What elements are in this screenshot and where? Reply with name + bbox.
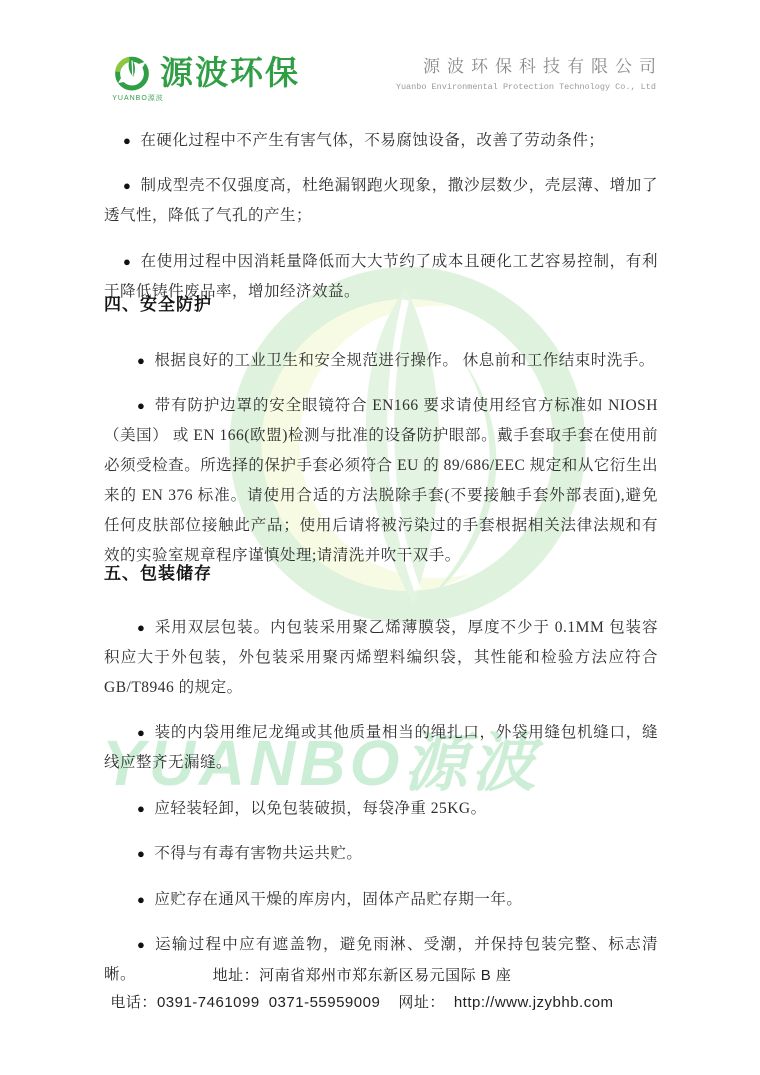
list-item-text: 应轻装轻卸，以免包装破损，每袋净重 25KG。: [154, 800, 486, 817]
list-item: ●应轻装轻卸，以免包装破损，每袋净重 25KG。: [104, 794, 658, 824]
company-name-cn: 源波环保科技有限公司: [396, 52, 663, 77]
list-item-text: 采用双层包装。内包装采用聚乙烯薄膜袋，厚度不少于 0.1MM 包装容积应大于外包…: [104, 619, 658, 696]
list-item: ●装的内袋用维尼龙绳或其他质量相当的绳扎口，外袋用缝包机缝口，缝线应整齐无漏缝。: [104, 718, 658, 778]
list-item: ●采用双层包装。内包装采用聚乙烯薄膜袋，厚度不少于 0.1MM 包装容积应大于外…: [104, 613, 658, 703]
list-item: ●制成型壳不仅强度高，杜绝漏钢跑火现象，撒沙层数少，壳层薄、增加了透气性，降低了…: [104, 171, 658, 231]
list-item: ●在硬化过程中不产生有害气体，不易腐蚀设备，改善了劳动条件；: [104, 126, 658, 156]
list-item-text: 装的内袋用维尼龙绳或其他质量相当的绳扎口，外袋用缝包机缝口，缝线应整齐无漏缝。: [104, 724, 658, 771]
list-item: ●根据良好的工业卫生和安全规范进行操作。 休息前和工作结束时洗手。: [104, 346, 658, 376]
list-item: ●带有防护边罩的安全眼镜符合 EN166 要求请使用经官方标准如 NIOSH（美…: [104, 391, 658, 571]
address-label: 地址：: [213, 967, 260, 984]
header-logo: 源波环保 YUANBO源波: [112, 53, 300, 103]
bullet-icon: ●: [123, 133, 131, 148]
section-title-safety: 四、安全防护: [104, 290, 212, 315]
bullet-icon: ●: [137, 892, 145, 907]
company-name-en: Yuanbo Environmental Protection Technolo…: [396, 82, 656, 92]
list-item-text: 根据良好的工业卫生和安全规范进行操作。 休息前和工作结束时洗手。: [154, 352, 654, 369]
bullet-icon: ●: [137, 937, 146, 952]
bullet-icon: ●: [137, 801, 145, 816]
section-title-packaging: 五、包装储存: [104, 559, 212, 584]
website-label: 网址：: [398, 994, 445, 1011]
list-item-text: 在硬化过程中不产生有害气体，不易腐蚀设备，改善了劳动条件；: [140, 132, 604, 149]
list-item-text: 不得与有毒有害物共运共贮。: [154, 845, 362, 862]
safety-bullet-list: ●根据良好的工业卫生和安全规范进行操作。 休息前和工作结束时洗手。 ●带有防护边…: [104, 330, 658, 587]
bullet-icon: ●: [137, 620, 146, 635]
list-item-text: 应贮存在通风干燥的库房内，固体产品贮存期一年。: [154, 891, 522, 908]
list-item: ●应贮存在通风干燥的库房内，固体产品贮存期一年。: [104, 885, 658, 915]
footer-address-line: 地址：河南省郑州市郑东新区易元国际 B 座: [0, 964, 724, 985]
packaging-bullet-list: ●采用双层包装。内包装采用聚乙烯薄膜袋，厚度不少于 0.1MM 包装容积应大于外…: [104, 597, 658, 1002]
bullet-icon: ●: [123, 254, 132, 269]
bullet-icon: ●: [137, 398, 146, 413]
bullet-icon: ●: [137, 353, 145, 368]
phone-number-2: 0371-55959009: [269, 994, 381, 1011]
intro-bullet-list: ●在硬化过程中不产生有害气体，不易腐蚀设备，改善了劳动条件； ●制成型壳不仅强度…: [104, 110, 658, 316]
phone-label: 电话：: [110, 994, 157, 1011]
document-page: YUANBO源波 源波环保 YUANBO源波 源波环保科技有限公司 Yuanbo…: [0, 0, 760, 1075]
list-item-text: 带有防护边罩的安全眼镜符合 EN166 要求请使用经官方标准如 NIOSH（美国…: [104, 397, 658, 564]
list-item: ●不得与有毒有害物共运共贮。: [104, 839, 658, 869]
leaf-logo-icon: [112, 53, 152, 93]
bullet-icon: ●: [137, 846, 145, 861]
bullet-icon: ●: [123, 178, 132, 193]
phone-number-1: 0391-7461099: [157, 994, 260, 1011]
website-url: http://www.jzybhb.com: [454, 994, 614, 1011]
header-company-block: 源波环保科技有限公司 Yuanbo Environmental Protecti…: [396, 52, 656, 92]
list-item-text: 制成型壳不仅强度高，杜绝漏钢跑火现象，撒沙层数少，壳层薄、增加了透气性，降低了气…: [104, 177, 658, 224]
brand-name: 源波环保: [160, 55, 300, 91]
logo-subtext: YUANBO源波: [112, 93, 164, 103]
footer-contact-line: 电话：0391-74610990371-55959009网址：http://ww…: [0, 991, 724, 1012]
address-value: 河南省郑州市郑东新区易元国际 B 座: [259, 967, 511, 984]
bullet-icon: ●: [137, 725, 146, 740]
